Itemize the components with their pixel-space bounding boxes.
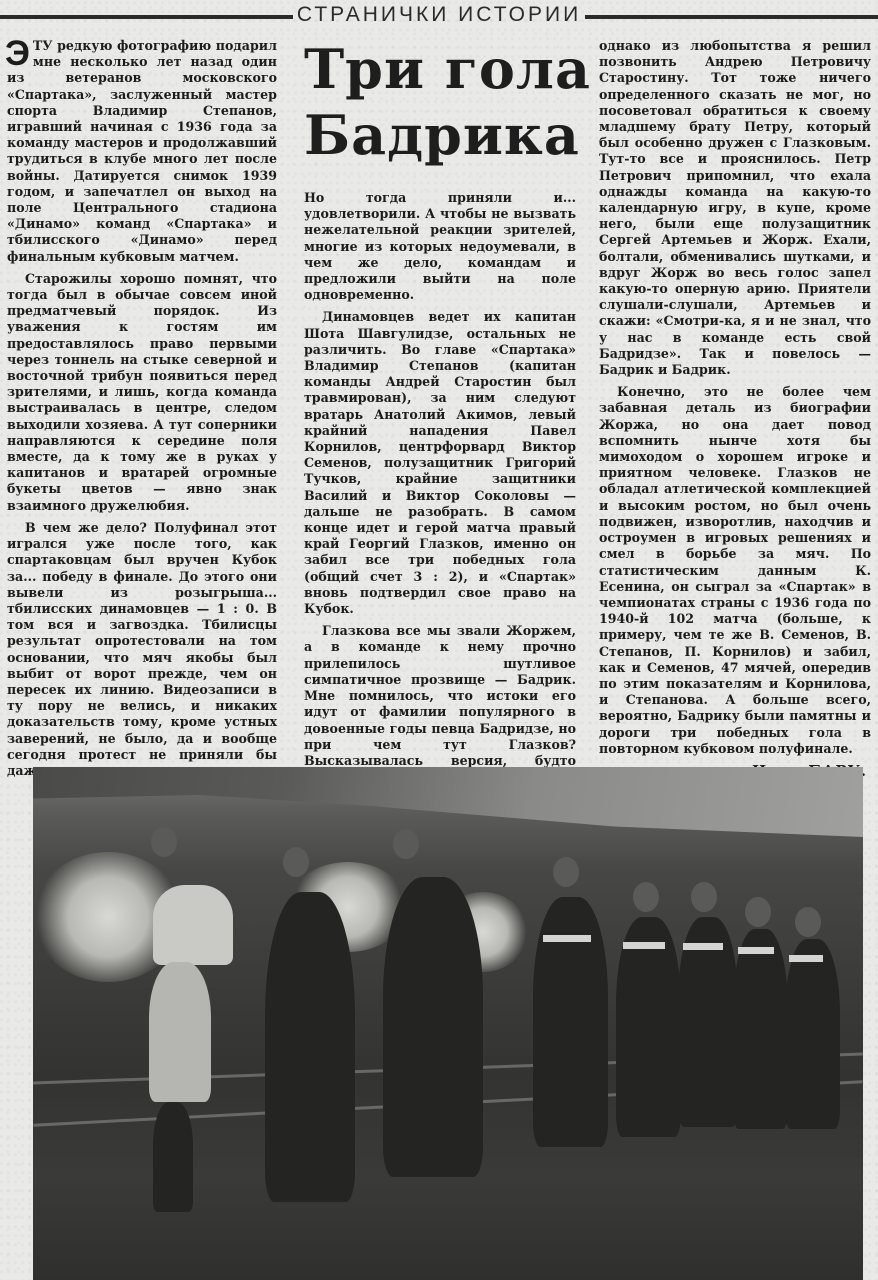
paragraph: ЭТУ редкую фотографию подарил мне нескол…	[7, 38, 277, 265]
rubric-rule-right	[585, 15, 878, 19]
jersey-stripe	[738, 947, 774, 954]
player-head	[151, 827, 177, 857]
article-column-3: однако из любопытства я решил позвонить …	[599, 38, 871, 779]
player-body	[733, 929, 788, 1129]
player-body	[785, 939, 840, 1129]
paragraph: В чем же дело? Полуфинал этот игрался уж…	[7, 520, 277, 779]
player-body	[265, 892, 355, 1202]
player-body	[383, 877, 483, 1177]
player-body	[616, 917, 681, 1137]
jersey-stripe	[789, 955, 823, 962]
section-rubric: СТРАНИЧКИ ИСТОРИИ	[0, 2, 878, 28]
article-column-2: Но тогда приняли и... удовлетворили. А ч…	[304, 190, 576, 824]
player-head	[691, 882, 717, 912]
jersey-stripe	[623, 942, 665, 949]
paragraph: Старожилы хорошо помнят, что тогда был в…	[7, 271, 277, 514]
player-head	[553, 857, 579, 887]
headline-line-2: Бадрика	[304, 102, 584, 168]
jersey-stripe	[543, 935, 591, 942]
paragraph: Конечно, это не более чем забавная детал…	[599, 384, 871, 757]
jersey-stripe	[683, 943, 723, 950]
headline-line-1: Три гола	[304, 36, 584, 102]
player-head	[633, 882, 659, 912]
article-headline: Три гола Бадрика	[304, 36, 584, 168]
rubric-rule-left	[0, 15, 293, 19]
rubric-title: СТРАНИЧКИ ИСТОРИИ	[293, 3, 585, 27]
paragraph: Но тогда приняли и... удовлетворили. А ч…	[304, 190, 576, 303]
paragraph: Динамовцев ведет их капитан Шота Шавгули…	[304, 309, 576, 617]
archival-team-photo	[33, 767, 863, 1280]
player-head	[795, 907, 821, 937]
player-jersey	[153, 885, 233, 965]
player-head	[393, 829, 419, 859]
paragraph-text: ТУ редкую фотографию подарил мне несколь…	[7, 38, 277, 264]
player-head	[283, 847, 309, 877]
photo-sky	[33, 767, 863, 837]
player-shorts	[149, 962, 211, 1102]
player-legs	[153, 1102, 193, 1212]
paragraph: однако из любопытства я решил позвонить …	[599, 38, 871, 378]
player-head	[745, 897, 771, 927]
drop-cap: Э	[5, 38, 30, 69]
article-column-1: ЭТУ редкую фотографию подарил мне нескол…	[7, 38, 277, 785]
